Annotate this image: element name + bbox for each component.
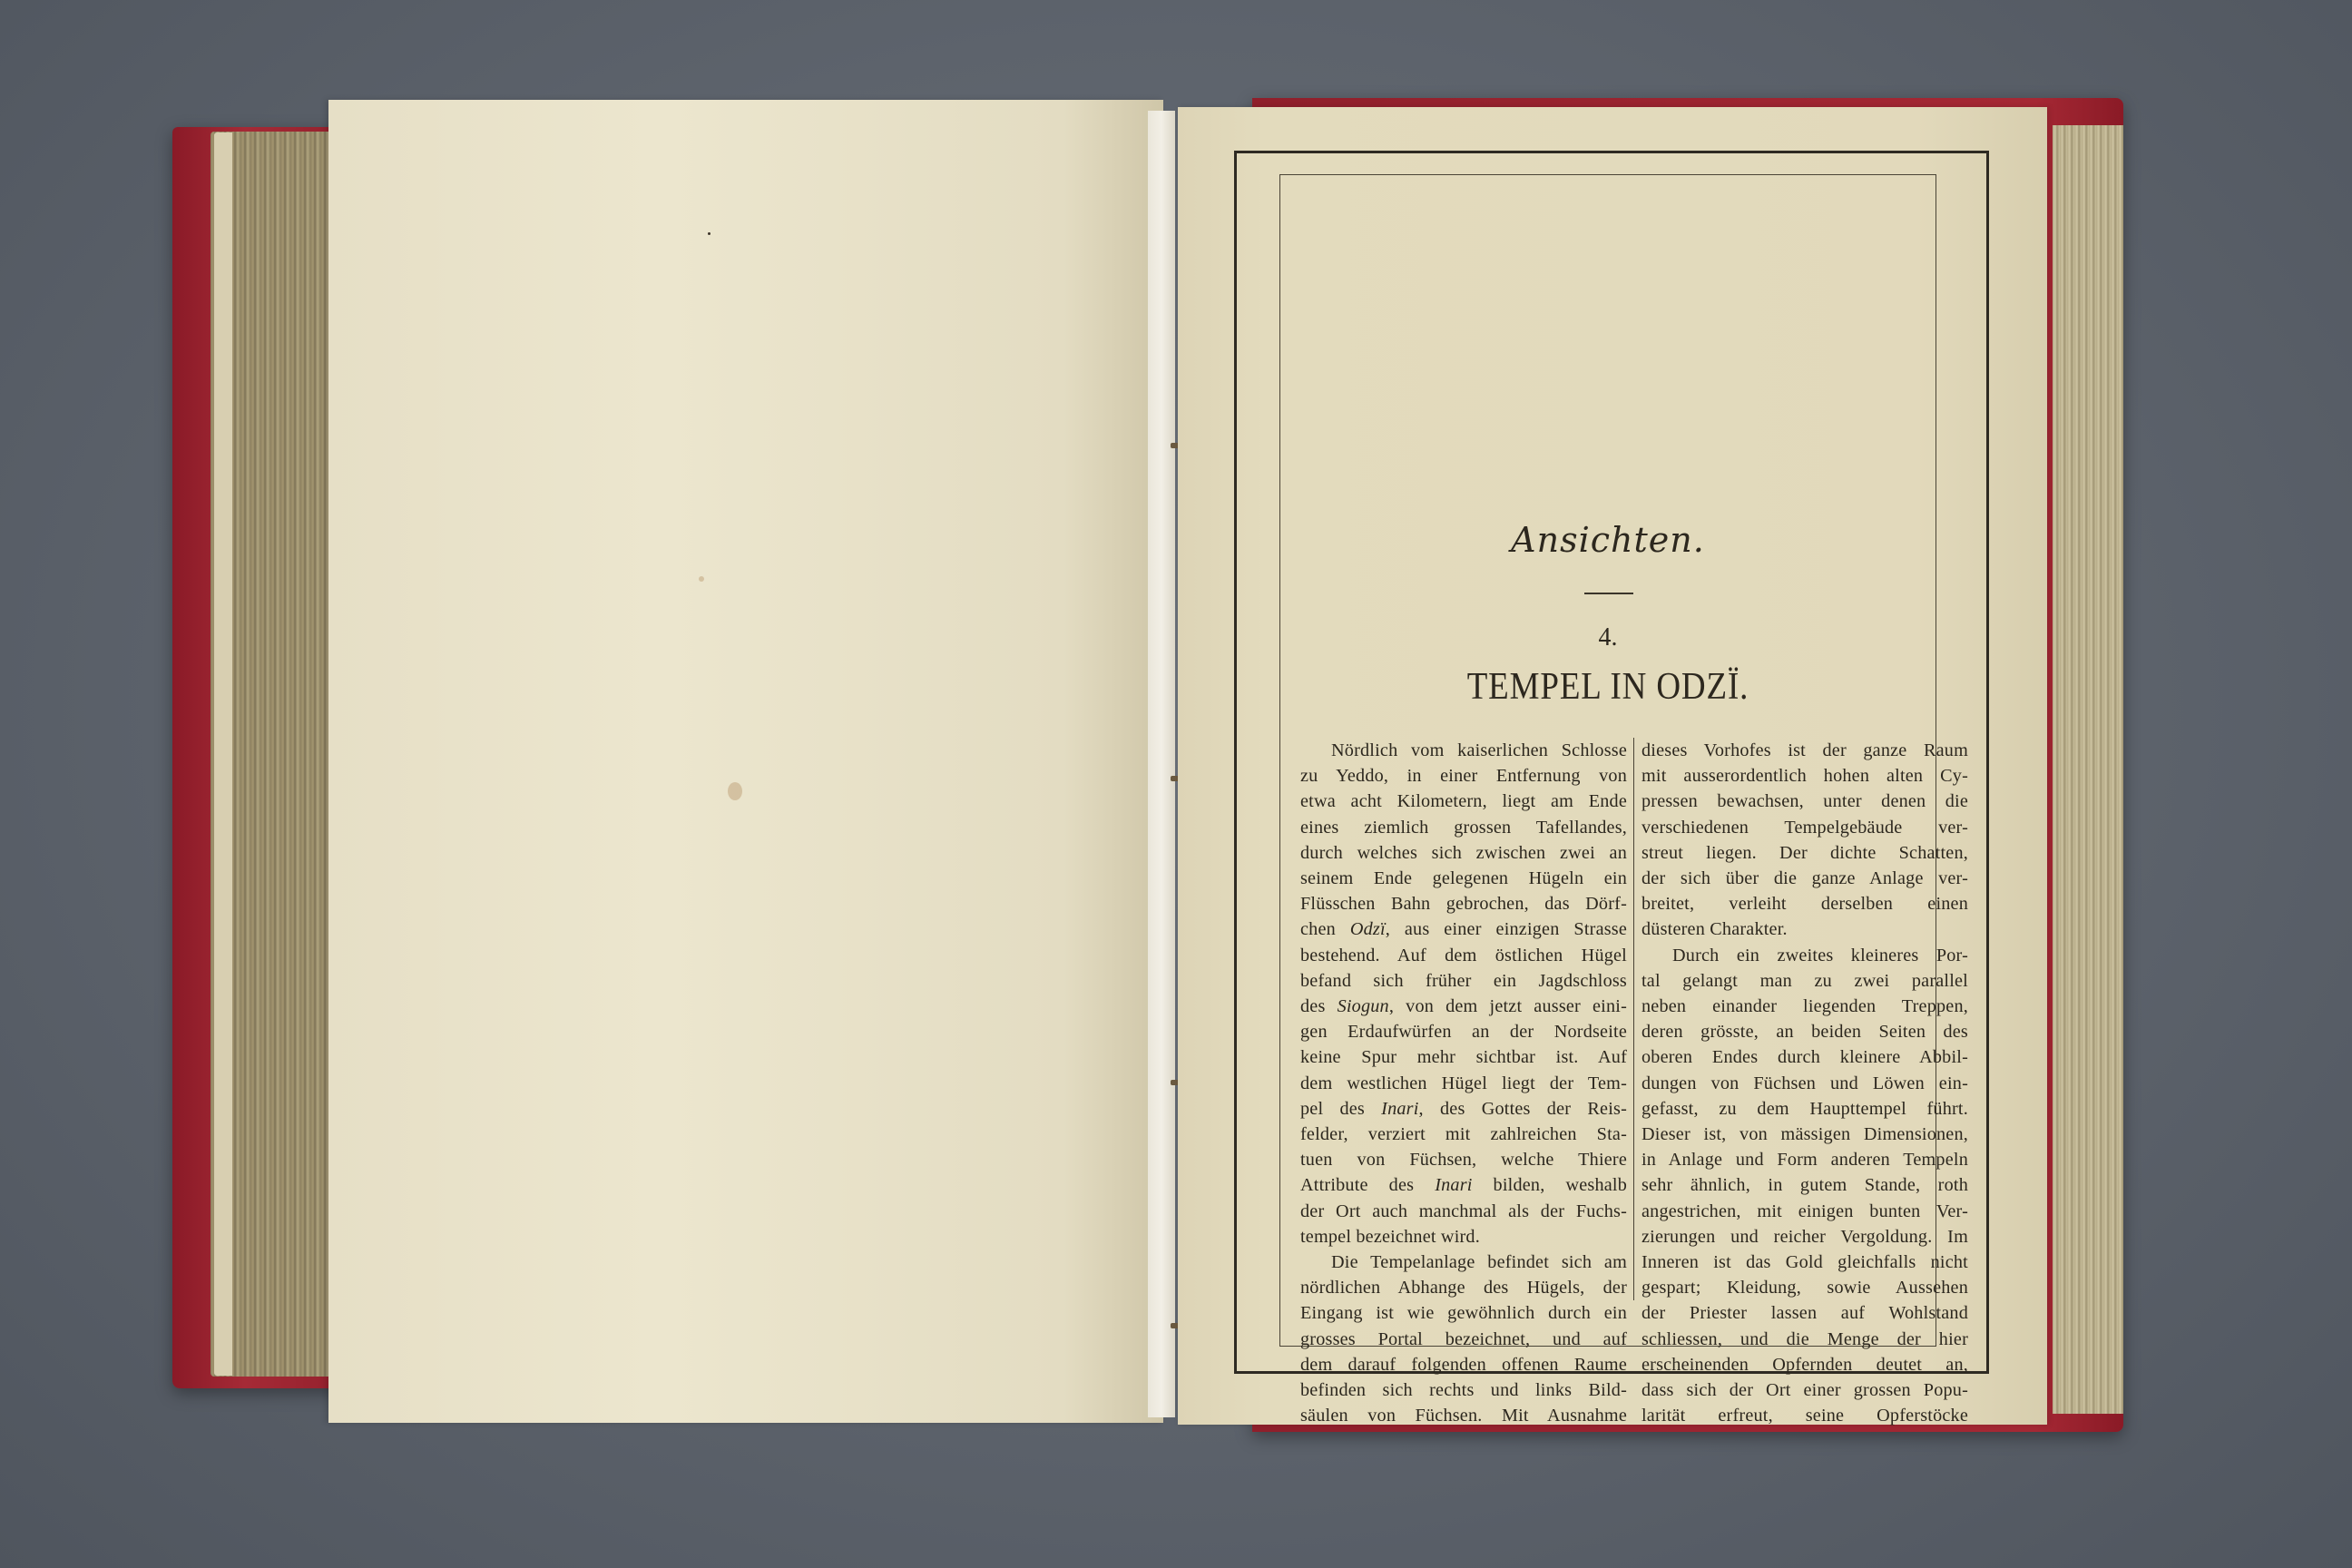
text-column-left: Nördlich vom kaiserlichen Schlossezu Yed… <box>1300 738 1627 1428</box>
text-line: Inneren ist das Gold gleichfalls nicht <box>1641 1249 1968 1275</box>
text-run: , des Gottes der Reis- <box>1419 1099 1627 1119</box>
text-line: pel des Inari, des Gottes der Reis- <box>1300 1096 1627 1122</box>
section-heading: Ansichten. <box>1280 520 1935 560</box>
text-line: dieses Vorhofes ist der ganze Raum <box>1641 738 1968 763</box>
right-page[interactable]: Ansichten. 4. TEMPEL IN ODZÏ. Nördlich v… <box>1178 107 2047 1425</box>
text-line: säulen von Füchsen. Mit Ausnahme <box>1300 1403 1627 1428</box>
text-line: gefasst, zu dem Haupttempel führt. <box>1641 1096 1968 1122</box>
italic-term: Inari <box>1381 1099 1418 1119</box>
text-line: deren grösste, an beiden Seiten des <box>1641 1019 1968 1044</box>
text-line: verschiedenen Tempelgebäude ver- <box>1641 815 1968 840</box>
text-run: Attribute des <box>1300 1175 1435 1195</box>
foxing-speck <box>708 232 710 235</box>
italic-term: Inari <box>1435 1175 1472 1195</box>
text-line: Die Tempelanlage befindet sich am <box>1300 1249 1627 1275</box>
text-line: erscheinenden Opfernden deutet an, <box>1641 1352 1968 1377</box>
plate-title: TEMPEL IN ODZÏ. <box>1319 665 1896 709</box>
italic-term: Odzï <box>1350 919 1386 939</box>
text-run: pel des <box>1300 1099 1381 1119</box>
text-line: nördlichen Abhange des Hügels, der <box>1300 1275 1627 1300</box>
text-line: mit ausserordentlich hohen alten Cy- <box>1641 763 1968 789</box>
text-line: Dieser ist, von mässigen Dimensionen, <box>1641 1122 1968 1147</box>
text-line: chen Odzï, aus einer einzigen Strasse <box>1300 916 1627 942</box>
italic-term: Siogun <box>1338 996 1389 1016</box>
text-line: larität erfreut, seine Opferstöcke <box>1641 1403 1968 1428</box>
text-line: bestehend. Auf dem östlichen Hügel <box>1300 943 1627 968</box>
text-line: befinden sich rechts und links Bild- <box>1300 1377 1627 1403</box>
text-line: etwa acht Kilometern, liegt am Ende <box>1300 789 1627 814</box>
page-block-edge-right <box>2053 125 2123 1414</box>
text-run: des <box>1300 996 1338 1016</box>
text-line: zu Yeddo, in einer Entfernung von <box>1300 763 1627 789</box>
text-line: des Siogun, von dem jetzt ausser eini- <box>1300 994 1627 1019</box>
text-line: breitet, verleiht derselben einen <box>1641 891 1968 916</box>
text-line: streut liegen. Der dichte Schatten, <box>1641 840 1968 866</box>
text-run: bilden, weshalb <box>1473 1175 1627 1195</box>
text-line: dungen von Füchsen und Löwen ein- <box>1641 1071 1968 1096</box>
text-column-right: dieses Vorhofes ist der ganze Raummit au… <box>1641 738 1968 1428</box>
text-line: dem darauf folgenden offenen Raume <box>1300 1352 1627 1377</box>
foxing-stain <box>728 782 742 800</box>
text-line: gen Erdaufwürfen an der Nordseite <box>1300 1019 1627 1044</box>
text-line: Nördlich vom kaiserlichen Schlosse <box>1300 738 1627 763</box>
text-line: seinem Ende gelegenen Hügeln ein <box>1300 866 1627 891</box>
text-line: pressen bewachsen, unter denen die <box>1641 789 1968 814</box>
text-line: der Ort auch manchmal als der Fuchs- <box>1300 1199 1627 1224</box>
endpaper-edge-left <box>214 132 232 1376</box>
text-run: , aus einer einzigen Strasse <box>1386 919 1627 939</box>
text-line: sehr ähnlich, in gutem Stande, roth <box>1641 1172 1968 1198</box>
text-line: zierungen und reicher Vergoldung. Im <box>1641 1224 1968 1249</box>
page-content: Ansichten. 4. TEMPEL IN ODZÏ. Nördlich v… <box>1280 175 1935 1346</box>
text-line: befand sich früher ein Jagdschloss <box>1300 968 1627 994</box>
text-line: Eingang ist wie gewöhnlich durch ein <box>1300 1300 1627 1326</box>
binding-gutter <box>1148 111 1175 1417</box>
text-line: grosses Portal bezeichnet, und auf <box>1300 1327 1627 1352</box>
text-line: keine Spur mehr sichtbar ist. Auf <box>1300 1044 1627 1070</box>
foxing-speck <box>699 576 704 582</box>
text-line: tuen von Füchsen, welche Thiere <box>1300 1147 1627 1172</box>
column-divider <box>1633 738 1634 1300</box>
text-line: eines ziemlich grossen Tafellandes, <box>1300 815 1627 840</box>
text-line: düsteren Charakter. <box>1641 916 1968 942</box>
plate-number: 4. <box>1280 623 1935 652</box>
text-run: , von dem jetzt ausser eini- <box>1389 996 1627 1016</box>
left-page-blank[interactable] <box>328 100 1163 1423</box>
text-line: durch welches sich zwischen zwei an <box>1300 840 1627 866</box>
text-line: angestrichen, mit einigen bunten Ver- <box>1641 1199 1968 1224</box>
text-line: tal gelangt man zu zwei parallel <box>1641 968 1968 994</box>
text-line: in Anlage und Form anderen Tempeln <box>1641 1147 1968 1172</box>
text-line: neben einander liegenden Treppen, <box>1641 994 1968 1019</box>
text-line: der sich über die ganze Anlage ver- <box>1641 866 1968 891</box>
text-line: Durch ein zweites kleineres Por- <box>1641 943 1968 968</box>
text-line: felder, verziert mit zahlreichen Sta- <box>1300 1122 1627 1147</box>
page-border-inner: Ansichten. 4. TEMPEL IN ODZÏ. Nördlich v… <box>1279 174 1936 1347</box>
text-line: Flüsschen Bahn gebrochen, das Dörf- <box>1300 891 1627 916</box>
text-run: chen <box>1300 919 1350 939</box>
text-line: gespart; Kleidung, sowie Aussehen <box>1641 1275 1968 1300</box>
text-line: oberen Endes durch kleinere Abbil- <box>1641 1044 1968 1070</box>
heading-rule <box>1584 593 1633 594</box>
text-line: tempel bezeichnet wird. <box>1300 1224 1627 1249</box>
text-line: dass sich der Ort einer grossen Popu- <box>1641 1377 1968 1403</box>
text-line: der Priester lassen auf Wohlstand <box>1641 1300 1968 1326</box>
text-line: dem westlichen Hügel liegt der Tem- <box>1300 1071 1627 1096</box>
text-line: Attribute des Inari bilden, weshalb <box>1300 1172 1627 1198</box>
text-line: schliessen, und die Menge der hier <box>1641 1327 1968 1352</box>
